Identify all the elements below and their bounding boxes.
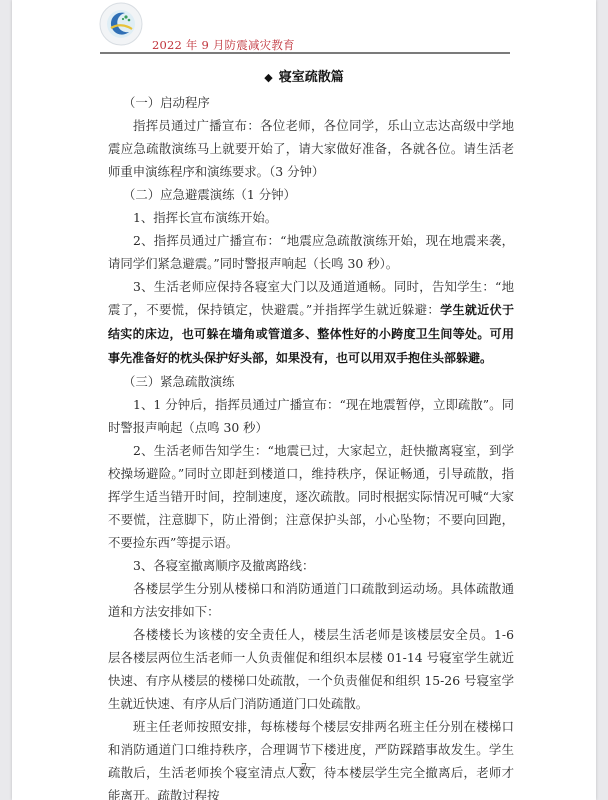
section-heading: （三）紧急疏散演练 bbox=[108, 370, 514, 393]
diamond-bullet-icon: ◆ bbox=[264, 71, 272, 84]
paragraph: 2、生活老师告知学生：“地震已过，大家起立，赶快撤离寝室，到学校操场避险。”同时… bbox=[108, 439, 514, 554]
document-page: 2022 年 9 月防震减灾教育 ◆寝室疏散篇 （一）启动程序 指挥员通过广播宣… bbox=[12, 0, 596, 800]
paragraph: 班主任老师按照安排，每栋楼每个楼层安排两名班主任分别在楼梯口和消防通道门口维持秩… bbox=[108, 715, 514, 800]
paragraph: 2、指挥员通过广播宣布：“地震应急疏散演练开始，现在地震来袭，请同学们紧急避震。… bbox=[108, 229, 514, 275]
document-title: ◆寝室疏散篇 bbox=[12, 66, 596, 85]
paragraph: 各楼楼长为该楼的安全责任人，楼层生活老师是该楼层安全员。1-6 层各楼层两位生活… bbox=[108, 623, 514, 715]
paragraph: 1、指挥长宣布演练开始。 bbox=[108, 206, 514, 229]
school-logo-icon bbox=[99, 2, 143, 46]
paragraph: 3、生活老师应保持各寝室大门以及通道通畅。同时，告知学生：“地震了，不要慌，保持… bbox=[108, 275, 514, 370]
header-divider bbox=[100, 52, 510, 54]
paragraph: 1、1 分钟后，指挥员通过广播宣布：“现在地震暂停，立即疏散”。同时警报声响起（… bbox=[108, 393, 514, 439]
section-heading: （一）启动程序 bbox=[108, 91, 514, 114]
document-body: （一）启动程序 指挥员通过广播宣布：各位老师，各位同学，乐山立志达高级中学地震应… bbox=[108, 91, 514, 800]
document-title-text: 寝室疏散篇 bbox=[279, 70, 344, 85]
page-number: —7— bbox=[12, 763, 596, 773]
paragraph: 3、各寝室撤离顺序及撤离路线： bbox=[108, 554, 514, 577]
paragraph: 各楼层学生分别从楼梯口和消防通道门口疏散到运动场。具体疏散通道和方法安排如下： bbox=[108, 577, 514, 623]
paragraph: 指挥员通过广播宣布：各位老师，各位同学，乐山立志达高级中学地震应急疏散演练马上就… bbox=[108, 114, 514, 183]
section-heading: （二）应急避震演练（1 分钟） bbox=[108, 183, 514, 206]
header-title: 2022 年 9 月防震减灾教育 bbox=[152, 37, 295, 53]
